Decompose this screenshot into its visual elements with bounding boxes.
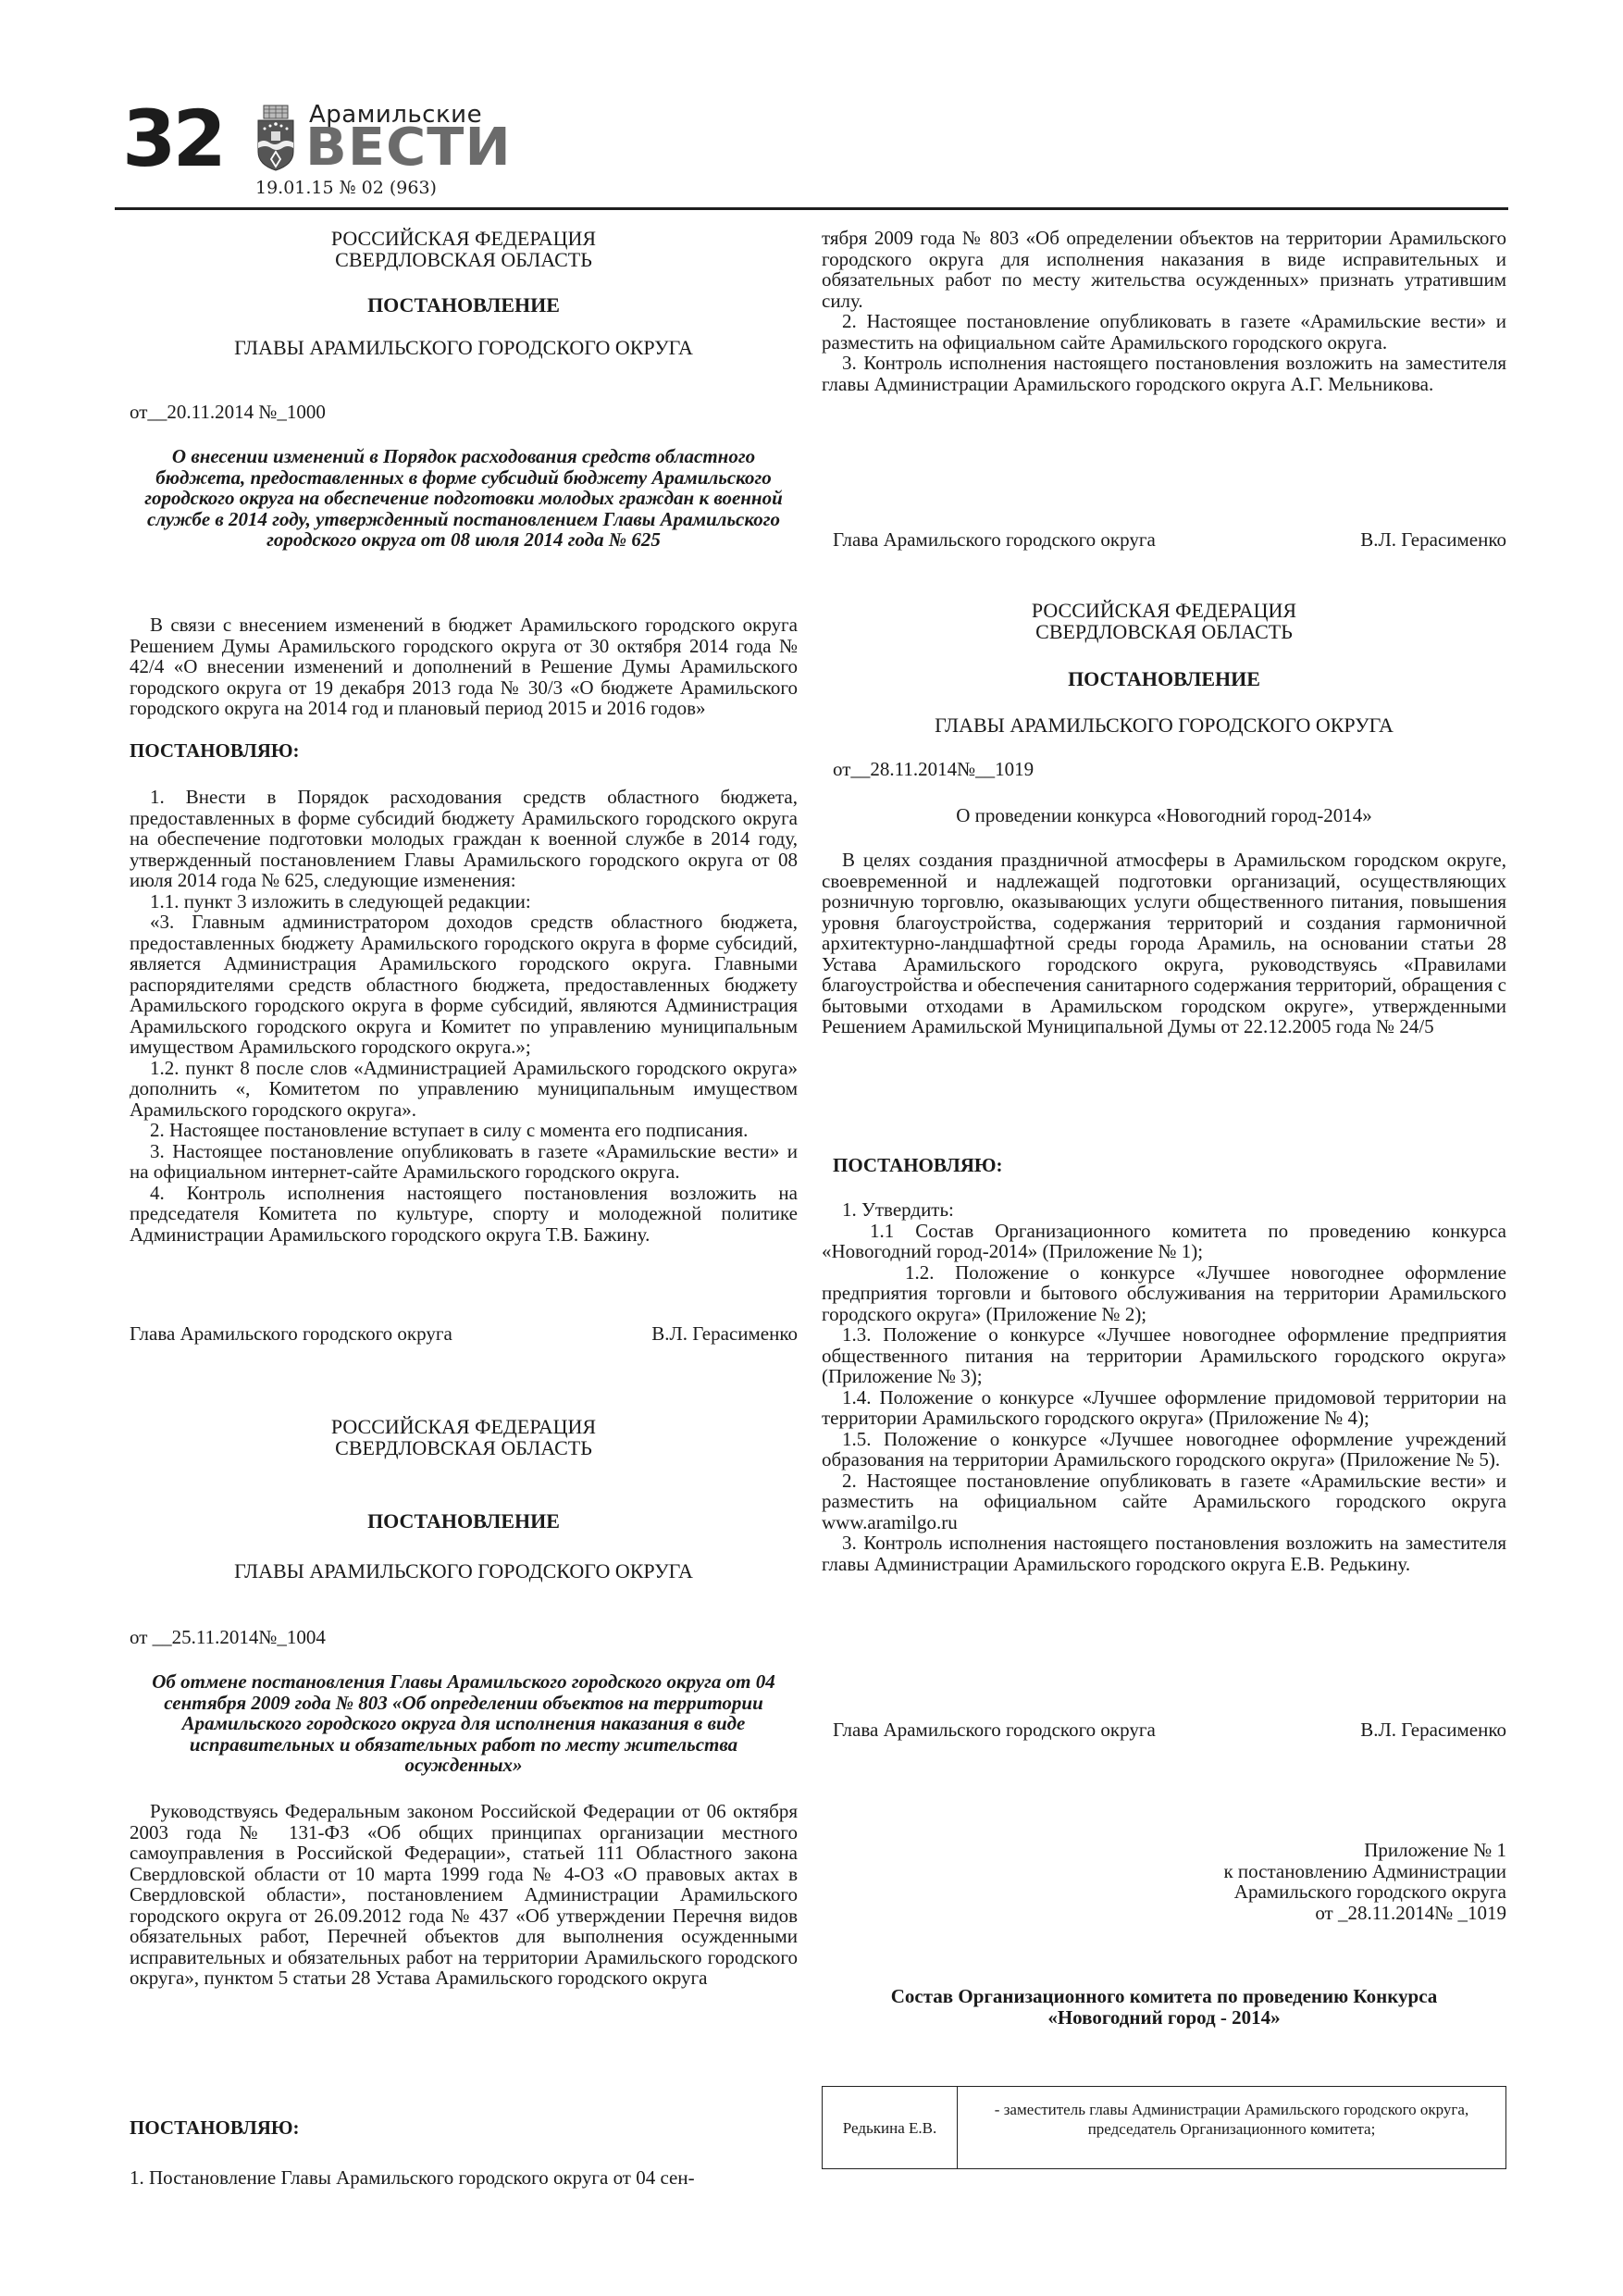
- doc1-item: 1. Внести в Порядок расходования средств…: [130, 787, 798, 891]
- member-name: Редькина Е.В.: [823, 2087, 958, 2169]
- doc1-item: 1.1. пункт 3 изложить в следующей редакц…: [130, 891, 798, 912]
- country-line: РОССИЙСКАЯ ФЕДЕРАЦИЯ: [130, 1416, 798, 1437]
- doc3-item: 2. Настоящее постановление опубликовать …: [822, 1471, 1506, 1533]
- doc3-items: 1. Утвердить: 1.1 Состав Организационног…: [822, 1199, 1506, 1574]
- doc3-approve: 1. Утвердить:: [822, 1199, 1506, 1221]
- doc1-item: 4. Контроль исполнения настоящего постан…: [130, 1183, 798, 1246]
- doc1-preamble: В связи с внесением изменений в бюджет А…: [130, 614, 798, 719]
- doc3-resolve: ПОСТАНОВЛЯЮ:: [833, 1155, 1506, 1176]
- region-line: СВЕРДЛОВСКАЯ ОБЛАСТЬ: [822, 621, 1506, 642]
- header-rule: [115, 207, 1508, 210]
- doc2-header: РОССИЙСКАЯ ФЕДЕРАЦИЯ СВЕРДЛОВСКАЯ ОБЛАСТ…: [130, 1416, 798, 1458]
- doc2-date-number: от __25.11.2014№_1004: [130, 1627, 798, 1648]
- appendix-line: от _28.11.2014№ _1019: [822, 1903, 1506, 1924]
- doc1-item: 2. Настоящее постановление вступает в си…: [130, 1120, 798, 1141]
- committee-table-wrap: Редькина Е.В.- заместитель главы Админис…: [822, 2086, 1506, 2169]
- appendix-line: к постановлению Администрации: [822, 1861, 1506, 1882]
- signature-title: Глава Арамильского городского округа: [833, 1719, 1156, 1741]
- doc2-item1-start: 1. Постановление Главы Арамильского горо…: [130, 2167, 798, 2189]
- doc3-item: 1.5. Положение о конкурсе «Лучшее нового…: [822, 1429, 1506, 1471]
- signature-name: В.Л. Герасименко: [1360, 1719, 1506, 1741]
- doc3-type: ПОСТАНОВЛЕНИЕ: [822, 668, 1506, 689]
- doc3-item: 1.4. Положение о конкурсе «Лучшее оформл…: [822, 1387, 1506, 1429]
- appendix-title-line: «Новогодний город - 2014»: [822, 2007, 1506, 2029]
- appendix-title-line: Состав Организационного комитета по пров…: [822, 1986, 1506, 2007]
- appendix-line: Приложение № 1: [822, 1840, 1506, 1861]
- doc3-preamble: В целях создания праздничной атмосферы в…: [822, 850, 1506, 1037]
- doc1-item: 1.2. пункт 8 после слов «Администрацией …: [130, 1058, 798, 1121]
- doc1-header: РОССИЙСКАЯ ФЕДЕРАЦИЯ СВЕРДЛОВСКАЯ ОБЛАСТ…: [130, 228, 798, 270]
- doc3-header: РОССИЙСКАЯ ФЕДЕРАЦИЯ СВЕРДЛОВСКАЯ ОБЛАСТ…: [822, 600, 1506, 642]
- doc2-preamble: Руководствуясь Федеральным законом Росси…: [130, 1801, 798, 1989]
- page-number: 32: [122, 100, 223, 178]
- committee-row: Редькина Е.В.- заместитель главы Админис…: [823, 2087, 1506, 2169]
- doc3-signature: Глава Арамильского городского округа В.Л…: [833, 1719, 1506, 1741]
- appendix-header: Приложение № 1 к постановлению Администр…: [822, 1840, 1506, 1923]
- signature-name: В.Л. Герасименко: [1360, 529, 1506, 551]
- doc1-resolve: ПОСТАНОВЛЯЮ:: [130, 740, 798, 762]
- doc2-item3: 3. Контроль исполнения настоящего постан…: [822, 353, 1506, 394]
- country-line: РОССИЙСКАЯ ФЕДЕРАЦИЯ: [130, 228, 798, 249]
- signature-title: Глава Арамильского городского округа: [130, 1323, 452, 1345]
- doc2-type: ПОСТАНОВЛЕНИЕ: [130, 1510, 798, 1532]
- country-line: РОССИЙСКАЯ ФЕДЕРАЦИЯ: [822, 600, 1506, 621]
- region-line: СВЕРДЛОВСКАЯ ОБЛАСТЬ: [130, 1437, 798, 1458]
- doc3-title: О проведении конкурса «Новогодний город-…: [822, 805, 1506, 826]
- doc2-item1-end: тября 2009 года № 803 «Об определении об…: [822, 228, 1506, 311]
- signature-title: Глава Арамильского городского округа: [833, 529, 1156, 551]
- doc1-title: О внесении изменений в Порядок расходова…: [130, 446, 798, 551]
- region-line: СВЕРДЛОВСКАЯ ОБЛАСТЬ: [130, 249, 798, 270]
- doc2-title: Об отмене постановления Главы Арамильско…: [130, 1671, 798, 1776]
- doc3-issuer: ГЛАВЫ АРАМИЛЬСКОГО ГОРОДСКОГО ОКРУГА: [822, 714, 1506, 736]
- signature-name: В.Л. Герасименко: [651, 1323, 798, 1345]
- doc3-item: 1.1 Состав Организационного комитета по …: [822, 1221, 1506, 1262]
- doc2-resolve: ПОСТАНОВЛЯЮ:: [130, 2117, 798, 2139]
- doc2-continuation: тября 2009 года № 803 «Об определении об…: [822, 228, 1506, 394]
- issue-date-number: 19.01.15 № 02 (963): [255, 178, 437, 198]
- doc1-item: 3. Настоящее постановление опубликовать …: [130, 1141, 798, 1183]
- doc2-signature: Глава Арамильского городского округа В.Л…: [833, 529, 1506, 551]
- brand-title: ВЕСТИ: [305, 122, 512, 174]
- doc1-item: «3. Главным администратором доходов сред…: [130, 912, 798, 1058]
- doc3-item: 3. Контроль исполнения настоящего постан…: [822, 1533, 1506, 1574]
- doc3-item: 1.3. Положение о конкурсе «Лучшее нового…: [822, 1324, 1506, 1387]
- doc2-issuer: ГЛАВЫ АРАМИЛЬСКОГО ГОРОДСКОГО ОКРУГА: [130, 1560, 798, 1582]
- member-role: - заместитель главы Администрации Арамил…: [958, 2087, 1506, 2169]
- doc1-date-number: от__20.11.2014 №_1000: [130, 402, 798, 423]
- committee-table: Редькина Е.В.- заместитель главы Админис…: [822, 2086, 1506, 2169]
- appendix-title: Состав Организационного комитета по пров…: [822, 1986, 1506, 2028]
- doc3-date-number: от__28.11.2014№__1019: [833, 759, 1506, 780]
- doc3-item: 1.2. Положение о конкурсе «Лучшее нового…: [822, 1262, 1506, 1325]
- doc2-item2: 2. Настоящее постановление опубликовать …: [822, 311, 1506, 353]
- doc1-issuer: ГЛАВЫ АРАМИЛЬСКОГО ГОРОДСКОГО ОКРУГА: [130, 337, 798, 358]
- doc1-type: ПОСТАНОВЛЕНИЕ: [130, 294, 798, 316]
- doc1-items: 1. Внести в Порядок расходования средств…: [130, 787, 798, 1245]
- arms-of-aramil-icon: [255, 104, 296, 174]
- appendix-line: Арамильского городского округа: [822, 1881, 1506, 1903]
- doc1-signature: Глава Арамильского городского округа В.Л…: [130, 1323, 798, 1345]
